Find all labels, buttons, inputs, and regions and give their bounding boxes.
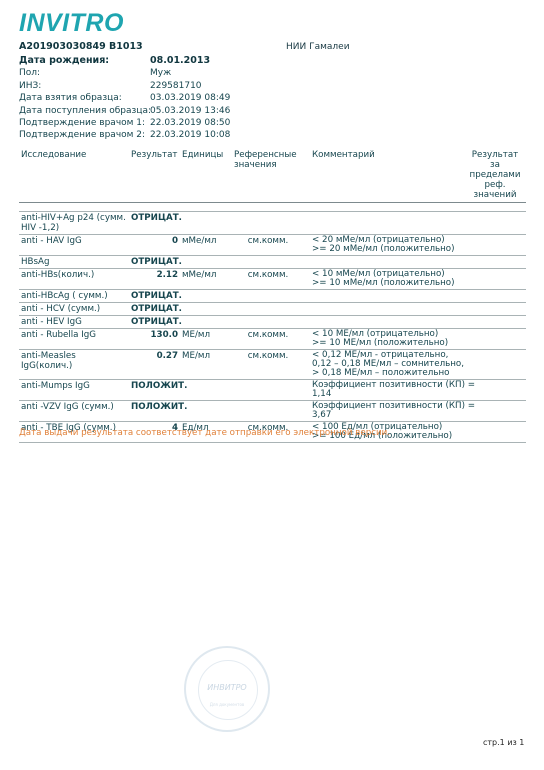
table-row: anti-HBcAg ( сумм.)ОТРИЦАТ. <box>19 290 526 303</box>
reference-value <box>232 401 304 422</box>
reference-value <box>232 316 304 329</box>
reference-value <box>232 256 304 269</box>
test-name: anti - Rubella IgG <box>19 329 129 350</box>
issue-date-note: Дата выдачи результата соответствует дат… <box>19 428 390 438</box>
comment: < 20 мМе/мл (отрицательно)>= 20 мМе/мл (… <box>304 235 464 256</box>
result-units: МЕ/мл <box>180 350 232 380</box>
result-units <box>180 316 232 329</box>
lab-name: НИИ Гамалеи <box>286 42 350 52</box>
reference-value <box>232 290 304 303</box>
result-units <box>180 290 232 303</box>
test-name: anti - HAV IgG <box>19 235 129 256</box>
result-value: ПОЛОЖИТ. <box>129 380 180 401</box>
test-name: anti-HBcAg ( сумм.) <box>19 290 129 303</box>
patient-field-row: ИНЗ:229581710 <box>19 80 230 92</box>
comment-line: >= 10 мМе/мл (положительно) <box>312 279 462 288</box>
result-units: МЕ/мл <box>180 329 232 350</box>
patient-field-label: Подтверждение врачом 2: <box>19 129 150 141</box>
test-name: anti - HEV IgG <box>19 316 129 329</box>
patient-field-label: ИНЗ: <box>19 80 150 92</box>
comment <box>304 290 464 303</box>
birth-date-value: 08.01.2013 <box>150 55 210 66</box>
comment <box>304 316 464 329</box>
test-name: anti-HBs(колич.) <box>19 269 129 290</box>
birth-date-label: Дата рождения: <box>19 55 150 67</box>
results-table: Исследование Результат Единицы Референсн… <box>19 150 526 443</box>
comment-line: > 0,18 МЕ/мл – положительно <box>312 369 462 378</box>
test-name: anti-HIV+Ag p24 (сумм. HIV -1,2) <box>19 212 129 235</box>
patient-field-row: Дата поступления образца:05.03.2019 13:4… <box>19 105 230 117</box>
result-value: ОТРИЦАТ. <box>129 212 180 235</box>
comment: < 10 МЕ/мл (отрицательно)>= 10 МЕ/мл (по… <box>304 329 464 350</box>
comment-line: >= 20 мМе/мл (положительно) <box>312 245 462 254</box>
col-out-of-range-label: Результат за пределами реф. значений <box>470 150 521 200</box>
table-row: anti - HCV (сумм.)ОТРИЦАТ. <box>19 303 526 316</box>
test-name: anti-Mumps IgG <box>19 380 129 401</box>
result-value: ОТРИЦАТ. <box>129 316 180 329</box>
out-of-range <box>464 290 526 303</box>
comment-line: 1,14 <box>312 390 462 399</box>
stamp-sub: Для документов <box>186 702 268 707</box>
out-of-range <box>464 212 526 235</box>
stamp-seal: ИНВИТРО Для документов <box>184 646 270 732</box>
col-test: Исследование <box>19 150 129 203</box>
patient-info: Дата рождения:08.01.2013 Пол:МужИНЗ:2295… <box>19 55 230 142</box>
patient-field-row: Подтверждение врачом 2:22.03.2019 10:08 <box>19 129 230 141</box>
table-row: HBsAgОТРИЦАТ. <box>19 256 526 269</box>
patient-field-row: Подтверждение врачом 1:22.03.2019 08:50 <box>19 117 230 129</box>
table-row: anti - HEV IgGОТРИЦАТ. <box>19 316 526 329</box>
patient-field-value: 22.03.2019 10:08 <box>150 130 230 140</box>
out-of-range <box>464 256 526 269</box>
birth-date-row: Дата рождения:08.01.2013 <box>19 55 230 67</box>
result-value: 0 <box>129 235 180 256</box>
reference-value: см.комм. <box>232 269 304 290</box>
reference-value <box>232 380 304 401</box>
result-units: мМе/мл <box>180 269 232 290</box>
reference-value: см.комм. <box>232 350 304 380</box>
col-reference: Референсные значения <box>232 150 304 203</box>
table-row: anti-Mumps IgGПОЛОЖИТ.Коэффициент позити… <box>19 380 526 401</box>
out-of-range <box>464 422 526 443</box>
out-of-range <box>464 303 526 316</box>
order-id: A201903030849 B1013 <box>19 41 143 52</box>
table-row: anti - Rubella IgG130.0МЕ/млсм.комм.< 10… <box>19 329 526 350</box>
test-name: anti -VZV IgG (сумм.) <box>19 401 129 422</box>
result-value: 2.12 <box>129 269 180 290</box>
comment <box>304 303 464 316</box>
reference-value: см.комм. <box>232 235 304 256</box>
patient-field-value: 22.03.2019 08:50 <box>150 118 230 128</box>
col-result: Результат <box>129 150 180 203</box>
page-number: стр.1 из 1 <box>483 738 524 747</box>
result-units <box>180 401 232 422</box>
table-row: anti-HBs(колич.)2.12мМе/млсм.комм.< 10 м… <box>19 269 526 290</box>
reference-value <box>232 212 304 235</box>
result-value: 130.0 <box>129 329 180 350</box>
table-header: Исследование Результат Единицы Референсн… <box>19 150 526 203</box>
out-of-range <box>464 235 526 256</box>
patient-field-value: Муж <box>150 68 171 78</box>
out-of-range <box>464 316 526 329</box>
result-value: 0.27 <box>129 350 180 380</box>
spacer-cell <box>19 203 526 212</box>
result-units <box>180 303 232 316</box>
result-value: ОТРИЦАТ. <box>129 256 180 269</box>
col-units: Единицы <box>180 150 232 203</box>
out-of-range <box>464 329 526 350</box>
patient-field-row: Дата взятия образца:03.03.2019 08:49 <box>19 92 230 104</box>
patient-field-value: 229581710 <box>150 81 202 91</box>
result-units <box>180 256 232 269</box>
comment <box>304 212 464 235</box>
comment: < 0,12 МЕ/мл - отрицательно,0,12 – 0,18 … <box>304 350 464 380</box>
out-of-range <box>464 350 526 380</box>
test-name: anti - HCV (сумм.) <box>19 303 129 316</box>
header-spacer <box>19 203 526 212</box>
result-units <box>180 380 232 401</box>
patient-field-label: Дата взятия образца: <box>19 92 150 104</box>
result-value: ОТРИЦАТ. <box>129 303 180 316</box>
test-name: HBsAg <box>19 256 129 269</box>
patient-field-value: 05.03.2019 13:46 <box>150 106 230 116</box>
patient-field-row: Пол:Муж <box>19 67 230 79</box>
comment-line: Коэффициент позитивности (КП) = <box>312 402 462 411</box>
reference-value <box>232 303 304 316</box>
table-row: anti -VZV IgG (сумм.)ПОЛОЖИТ.Коэффициент… <box>19 401 526 422</box>
comment: Коэффициент позитивности (КП) =3,67 <box>304 401 464 422</box>
result-value: ОТРИЦАТ. <box>129 290 180 303</box>
col-out-of-range: Результат за пределами реф. значений <box>464 150 526 203</box>
result-units <box>180 212 232 235</box>
result-value: ПОЛОЖИТ. <box>129 401 180 422</box>
comment-line: >= 10 МЕ/мл (положительно) <box>312 339 462 348</box>
table-row: anti-HIV+Ag p24 (сумм. HIV -1,2)ОТРИЦАТ. <box>19 212 526 235</box>
comment-line: 3,67 <box>312 411 462 420</box>
patient-field-value: 03.03.2019 08:49 <box>150 93 230 103</box>
comment-line: Коэффициент позитивности (КП) = <box>312 381 462 390</box>
reference-value: см.комм. <box>232 329 304 350</box>
invitro-logo: INVITRO <box>19 9 124 38</box>
patient-field-label: Подтверждение врачом 1: <box>19 117 150 129</box>
out-of-range <box>464 269 526 290</box>
comment: < 10 мМе/мл (отрицательно)>= 10 мМе/мл (… <box>304 269 464 290</box>
table-row: anti - HAV IgG0мМе/млсм.комм.< 20 мМе/мл… <box>19 235 526 256</box>
comment <box>304 256 464 269</box>
comment: Коэффициент позитивности (КП) =1,14 <box>304 380 464 401</box>
patient-field-label: Пол: <box>19 67 150 79</box>
patient-field-label: Дата поступления образца: <box>19 105 150 117</box>
result-units: мМе/мл <box>180 235 232 256</box>
table-row: anti-Measles IgG(колич.)0.27МЕ/млсм.комм… <box>19 350 526 380</box>
stamp-name: ИНВИТРО <box>186 683 268 692</box>
col-comment: Комментарий <box>304 150 464 203</box>
test-name: anti-Measles IgG(колич.) <box>19 350 129 380</box>
